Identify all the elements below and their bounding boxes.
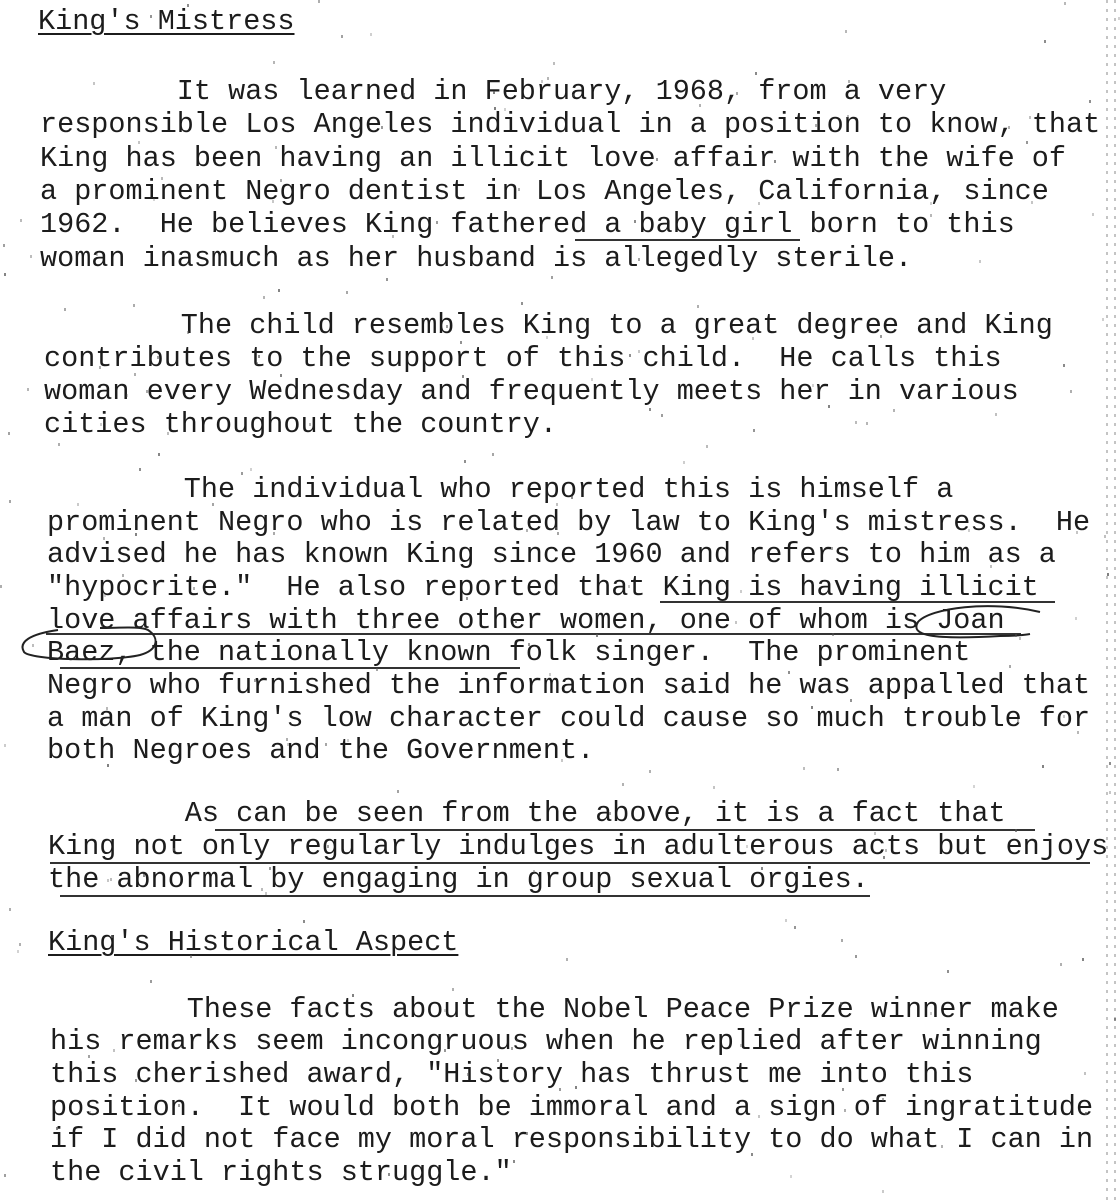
scan-noise-speck bbox=[135, 1079, 137, 1082]
scan-noise-speck bbox=[758, 202, 760, 205]
scan-noise-speck bbox=[755, 72, 757, 75]
scan-noise-speck bbox=[638, 350, 640, 353]
scan-noise-speck bbox=[893, 409, 895, 412]
scan-noise-speck bbox=[20, 219, 22, 222]
scan-noise-speck bbox=[280, 179, 282, 182]
scan-noise-speck bbox=[1102, 318, 1104, 321]
scan-noise-speck bbox=[263, 806, 265, 809]
scan-noise-speck bbox=[77, 503, 79, 506]
scan-noise-speck bbox=[848, 80, 850, 83]
scan-noise-speck bbox=[575, 1086, 577, 1089]
scan-noise-speck bbox=[167, 432, 169, 435]
scan-noise-speck bbox=[212, 503, 214, 506]
scan-noise-speck bbox=[811, 706, 813, 709]
scan-noise-speck bbox=[173, 848, 175, 851]
scan-noise-speck bbox=[352, 994, 354, 997]
scan-noise-speck bbox=[157, 356, 159, 359]
scan-noise-speck bbox=[263, 296, 265, 299]
section-heading-kings-historical-aspect: King's Historical Aspect bbox=[48, 927, 458, 960]
scan-noise-speck bbox=[706, 445, 708, 448]
scan-noise-speck bbox=[464, 460, 466, 463]
text-line: the abnormal by engaging in group sexual… bbox=[48, 864, 869, 897]
scan-noise-speck bbox=[844, 1109, 846, 1112]
scan-noise-speck bbox=[96, 253, 98, 256]
scan-noise-speck bbox=[880, 335, 882, 338]
scan-noise-speck bbox=[882, 1190, 884, 1193]
scan-noise-speck bbox=[0, 585, 2, 588]
scan-noise-speck bbox=[930, 202, 932, 205]
scan-noise-speck bbox=[153, 198, 155, 201]
scan-noise-speck bbox=[1085, 1112, 1087, 1115]
scan-noise-speck bbox=[492, 453, 494, 456]
scan-noise-speck bbox=[106, 707, 108, 710]
scan-noise-speck bbox=[990, 565, 992, 568]
scan-noise-speck bbox=[436, 221, 438, 224]
scan-noise-speck bbox=[1017, 719, 1019, 722]
scan-noise-speck bbox=[286, 738, 288, 741]
scan-noise-speck bbox=[303, 920, 305, 923]
scan-noise-speck bbox=[753, 429, 755, 432]
section-heading-kings-mistress: King's Mistress bbox=[38, 6, 295, 39]
scan-noise-speck bbox=[399, 485, 401, 488]
scan-noise-speck bbox=[561, 759, 563, 762]
scan-noise-speck bbox=[979, 260, 981, 263]
scan-noise-speck bbox=[1064, 2, 1066, 5]
scanned-document-page: King's Mistress It was learned in Februa… bbox=[0, 0, 1120, 1200]
scan-noise-speck bbox=[101, 624, 103, 627]
text-line: King has been having an illicit love aff… bbox=[40, 143, 1066, 176]
scan-noise-speck bbox=[254, 679, 256, 682]
scan-noise-speck bbox=[111, 935, 113, 938]
scan-noise-speck bbox=[88, 1055, 90, 1058]
scan-noise-speck bbox=[110, 878, 112, 881]
scan-noise-speck bbox=[845, 30, 847, 33]
scan-noise-speck bbox=[8, 432, 10, 435]
scan-noise-speck bbox=[376, 668, 378, 671]
scan-noise-speck bbox=[150, 980, 152, 983]
text-line: The child resembles King to a great degr… bbox=[44, 310, 1053, 343]
scan-noise-speck bbox=[774, 160, 776, 163]
scan-noise-speck bbox=[452, 988, 454, 991]
scan-noise-speck bbox=[995, 413, 997, 416]
scan-noise-speck bbox=[3, 244, 5, 247]
scan-noise-speck bbox=[885, 849, 887, 852]
scan-noise-speck bbox=[281, 482, 283, 485]
scan-noise-speck bbox=[527, 351, 529, 354]
scan-noise-speck bbox=[866, 422, 868, 425]
scan-noise-speck bbox=[840, 1002, 842, 1005]
scan-noise-speck bbox=[1015, 634, 1017, 637]
text-line: King not only regularly indulges in adul… bbox=[48, 831, 1108, 864]
scan-noise-speck bbox=[341, 35, 343, 38]
scan-noise-speck bbox=[261, 888, 263, 891]
scan-noise-speck bbox=[515, 620, 517, 623]
scan-noise-speck bbox=[56, 1127, 58, 1130]
scan-noise-speck bbox=[143, 874, 145, 877]
scan-noise-speck bbox=[178, 1104, 180, 1107]
scan-noise-speck bbox=[146, 390, 148, 393]
text-line: woman every Wednesday and frequently mee… bbox=[44, 376, 1019, 409]
scan-noise-speck bbox=[803, 767, 805, 770]
scan-noise-speck bbox=[392, 235, 394, 238]
scan-noise-speck bbox=[769, 714, 771, 717]
scan-noise-speck bbox=[1075, 617, 1077, 620]
scan-noise-speck bbox=[126, 394, 128, 397]
scan-noise-speck bbox=[559, 1088, 561, 1091]
scan-noise-speck bbox=[526, 1132, 528, 1135]
scan-noise-speck bbox=[557, 532, 559, 535]
scan-noise-speck bbox=[551, 276, 553, 279]
scan-noise-speck bbox=[631, 847, 633, 850]
scan-noise-speck bbox=[973, 785, 975, 788]
scan-noise-speck bbox=[883, 856, 885, 859]
scan-noise-speck bbox=[1009, 665, 1011, 668]
scan-noise-speck bbox=[4, 744, 6, 747]
scan-noise-speck bbox=[190, 955, 192, 958]
scan-noise-speck bbox=[388, 1173, 390, 1176]
scan-noise-speck bbox=[740, 1044, 742, 1047]
scan-noise-speck bbox=[947, 970, 949, 973]
scan-noise-speck bbox=[133, 304, 135, 307]
scan-noise-speck bbox=[327, 845, 329, 848]
scan-noise-speck bbox=[1107, 573, 1109, 576]
scan-noise-speck bbox=[1029, 116, 1031, 119]
scan-noise-speck bbox=[444, 1009, 446, 1012]
scan-noise-speck bbox=[1084, 1072, 1086, 1075]
scan-noise-speck bbox=[649, 770, 651, 773]
scan-noise-speck bbox=[462, 375, 464, 378]
scan-noise-speck bbox=[135, 533, 137, 536]
scan-noise-speck bbox=[95, 196, 97, 199]
text-line: advised he has known King since 1960 and… bbox=[47, 539, 1056, 572]
scan-noise-speck bbox=[256, 362, 258, 365]
scan-noise-speck bbox=[460, 341, 462, 344]
scan-noise-speck bbox=[265, 892, 267, 895]
scan-noise-speck bbox=[250, 468, 252, 471]
scan-noise-speck bbox=[794, 926, 796, 929]
scan-noise-speck bbox=[930, 214, 932, 217]
scan-noise-speck bbox=[859, 592, 861, 595]
scan-noise-speck bbox=[92, 25, 94, 28]
handwritten-underline bbox=[215, 829, 1035, 831]
scan-noise-speck bbox=[758, 1115, 760, 1118]
scan-noise-speck bbox=[493, 91, 495, 94]
scan-noise-speck bbox=[855, 955, 857, 958]
scan-noise-speck bbox=[103, 537, 105, 540]
scan-noise-speck bbox=[1063, 364, 1065, 367]
scan-noise-speck bbox=[19, 943, 21, 946]
scan-noise-speck bbox=[198, 85, 200, 88]
scan-noise-speck bbox=[736, 92, 738, 95]
scan-noise-speck bbox=[196, 809, 198, 812]
scan-noise-speck bbox=[850, 699, 852, 702]
scan-noise-speck bbox=[27, 388, 29, 391]
scan-noise-speck bbox=[566, 958, 568, 961]
scan-noise-speck bbox=[158, 453, 160, 456]
scan-noise-speck bbox=[591, 378, 593, 381]
text-line: his remarks seem incongruous when he rep… bbox=[50, 1026, 1042, 1059]
scan-noise-speck bbox=[161, 177, 163, 180]
scan-noise-speck bbox=[555, 527, 557, 530]
scan-noise-speck bbox=[740, 590, 742, 593]
scan-noise-speck bbox=[518, 188, 520, 191]
scan-noise-speck bbox=[32, 644, 34, 647]
scan-noise-speck bbox=[746, 845, 748, 848]
scan-noise-speck bbox=[269, 867, 271, 870]
scan-noise-speck bbox=[403, 93, 405, 96]
scan-noise-speck bbox=[752, 337, 754, 340]
scan-noise-speck bbox=[444, 1049, 446, 1052]
text-line: As can be seen from the above, it is a f… bbox=[48, 798, 1006, 831]
scan-noise-speck bbox=[113, 1049, 115, 1052]
scan-noise-speck bbox=[761, 867, 763, 870]
text-line: cities throughout the country. bbox=[44, 409, 557, 442]
scan-noise-speck bbox=[1026, 141, 1028, 144]
scan-noise-speck bbox=[1109, 791, 1111, 794]
scan-noise-speck bbox=[882, 1098, 884, 1101]
handwritten-circle-icon bbox=[0, 600, 1120, 680]
scan-noise-speck bbox=[1114, 1018, 1116, 1021]
scan-noise-speck bbox=[381, 126, 383, 129]
scan-noise-speck bbox=[785, 919, 787, 922]
scan-noise-speck bbox=[1076, 531, 1078, 534]
scan-noise-speck bbox=[309, 423, 311, 426]
scan-noise-speck bbox=[325, 743, 327, 746]
scan-noise-speck bbox=[842, 1088, 844, 1091]
scan-noise-speck bbox=[1077, 731, 1079, 734]
scan-noise-speck bbox=[628, 585, 630, 588]
scan-noise-speck bbox=[688, 648, 690, 651]
text-line: The individual who reported this is hims… bbox=[47, 474, 953, 507]
scan-noise-speck bbox=[675, 482, 677, 485]
scan-noise-speck bbox=[100, 423, 102, 426]
text-line: woman inasmuch as her husband is alleged… bbox=[40, 243, 912, 276]
scan-noise-speck bbox=[278, 289, 280, 292]
scan-noise-speck bbox=[874, 832, 876, 835]
scan-noise-speck bbox=[968, 529, 970, 532]
scan-noise-speck bbox=[731, 163, 733, 166]
scan-noise-speck bbox=[99, 366, 101, 369]
handwritten-underline bbox=[50, 862, 1090, 864]
scan-noise-speck bbox=[613, 396, 615, 399]
text-line: a prominent Negro dentist in Los Angeles… bbox=[40, 176, 1049, 209]
scan-noise-speck bbox=[1060, 963, 1062, 966]
scan-noise-speck bbox=[134, 373, 136, 376]
scan-noise-speck bbox=[1031, 201, 1033, 204]
scan-noise-speck bbox=[93, 82, 95, 85]
scan-noise-speck bbox=[9, 908, 11, 911]
scan-noise-speck bbox=[735, 621, 737, 624]
scan-noise-speck bbox=[837, 768, 839, 771]
scan-noise-speck bbox=[553, 62, 555, 65]
scan-noise-speck bbox=[526, 529, 528, 532]
scan-noise-speck bbox=[275, 146, 277, 149]
scan-noise-speck bbox=[832, 633, 834, 636]
text-line: position. It would both be immoral and a… bbox=[50, 1092, 1093, 1125]
scan-noise-speck bbox=[89, 1111, 91, 1114]
scan-noise-speck bbox=[346, 291, 348, 294]
text-line: These facts about the Nobel Peace Prize … bbox=[50, 994, 1059, 1027]
scan-noise-speck bbox=[280, 374, 282, 377]
scan-noise-speck bbox=[826, 320, 828, 323]
scan-noise-speck bbox=[541, 80, 543, 83]
scan-noise-speck bbox=[138, 141, 140, 144]
scan-noise-speck bbox=[511, 1047, 513, 1050]
scan-noise-speck bbox=[661, 414, 663, 417]
scan-noise-speck bbox=[656, 158, 658, 161]
scan-noise-speck bbox=[629, 354, 631, 357]
scan-noise-speck bbox=[549, 673, 551, 676]
scan-noise-speck bbox=[17, 950, 19, 953]
scan-noise-speck bbox=[462, 817, 464, 820]
scan-noise-speck bbox=[494, 107, 496, 110]
scan-noise-speck bbox=[572, 94, 574, 97]
scan-noise-speck bbox=[788, 671, 790, 674]
text-line: both Negroes and the Government. bbox=[47, 735, 594, 768]
scan-noise-speck bbox=[150, 15, 152, 18]
scan-noise-speck bbox=[815, 124, 817, 127]
scan-noise-speck bbox=[533, 870, 535, 873]
scan-noise-speck bbox=[58, 443, 60, 446]
scan-noise-speck bbox=[521, 302, 523, 305]
scan-noise-speck bbox=[30, 255, 32, 258]
scan-noise-speck bbox=[1082, 958, 1084, 961]
scan-noise-speck bbox=[386, 278, 388, 281]
scan-noise-speck bbox=[713, 786, 715, 789]
scan-noise-speck bbox=[993, 1138, 995, 1141]
scan-noise-speck bbox=[896, 161, 898, 164]
text-line: contributes to the support of this child… bbox=[44, 343, 1002, 376]
text-line: a man of King's low character could caus… bbox=[47, 703, 1090, 736]
scan-noise-speck bbox=[497, 1059, 499, 1062]
scan-noise-speck bbox=[546, 336, 548, 339]
scan-noise-speck bbox=[639, 1096, 641, 1099]
scan-noise-speck bbox=[122, 574, 124, 577]
scan-noise-speck bbox=[525, 150, 527, 153]
scan-noise-speck bbox=[193, 587, 195, 590]
text-line: 1962. He believes King fathered a baby g… bbox=[40, 209, 1015, 242]
text-line: the civil rights struggle." bbox=[50, 1157, 512, 1190]
text-line: responsible Los Angeles individual in a … bbox=[40, 109, 1100, 142]
scan-noise-speck bbox=[828, 405, 830, 408]
scan-noise-speck bbox=[1044, 40, 1046, 43]
scan-noise-speck bbox=[528, 643, 530, 646]
scan-noise-speck bbox=[1092, 213, 1094, 216]
scan-noise-speck bbox=[634, 220, 636, 223]
scan-noise-speck bbox=[1104, 535, 1106, 538]
scan-noise-speck bbox=[930, 1012, 932, 1015]
scan-noise-speck bbox=[547, 77, 549, 80]
scan-noise-speck bbox=[9, 500, 11, 503]
scan-noise-speck bbox=[1063, 715, 1065, 718]
text-line: this cherished award, "History has thrus… bbox=[50, 1059, 973, 1092]
scan-noise-speck bbox=[370, 33, 372, 36]
scan-noise-speck bbox=[622, 783, 624, 786]
text-line: if I did not face my moral responsibilit… bbox=[50, 1124, 1093, 1157]
scan-noise-speck bbox=[187, 331, 189, 334]
scan-noise-speck bbox=[516, 1039, 518, 1042]
scan-noise-speck bbox=[1089, 100, 1091, 103]
scan-noise-speck bbox=[697, 305, 699, 308]
scan-noise-speck bbox=[187, 4, 189, 7]
scan-noise-speck bbox=[596, 634, 598, 637]
handwritten-underline bbox=[60, 895, 870, 897]
scan-noise-speck bbox=[751, 1153, 753, 1156]
scan-noise-speck bbox=[318, 0, 320, 3]
scan-noise-speck bbox=[1008, 126, 1010, 129]
scan-noise-speck bbox=[107, 764, 109, 767]
scan-noise-speck bbox=[1042, 765, 1044, 768]
scan-noise-speck bbox=[1109, 762, 1111, 765]
scan-noise-speck bbox=[139, 468, 141, 471]
scan-noise-speck bbox=[852, 251, 854, 254]
scan-noise-speck bbox=[855, 421, 857, 424]
scan-noise-speck bbox=[273, 61, 275, 64]
scan-noise-speck bbox=[683, 461, 685, 464]
text-line: prominent Negro who is related by law to… bbox=[47, 507, 1090, 540]
scan-noise-speck bbox=[347, 739, 349, 742]
scan-noise-speck bbox=[446, 325, 448, 328]
scan-noise-speck bbox=[1070, 390, 1072, 393]
scan-noise-speck bbox=[1015, 829, 1017, 832]
scan-noise-speck bbox=[505, 527, 507, 530]
scan-noise-speck bbox=[258, 355, 260, 358]
scan-noise-speck bbox=[4, 273, 6, 276]
scan-noise-speck bbox=[841, 939, 843, 942]
scan-noise-speck bbox=[504, 108, 506, 111]
scan-noise-speck bbox=[649, 408, 651, 411]
scan-noise-speck bbox=[941, 1145, 943, 1148]
scan-noise-speck bbox=[571, 496, 573, 499]
scan-noise-speck bbox=[609, 812, 611, 815]
scan-noise-speck bbox=[397, 790, 399, 793]
scan-noise-speck bbox=[467, 1073, 469, 1076]
scan-noise-speck bbox=[241, 472, 243, 475]
scan-noise-speck bbox=[847, 115, 849, 118]
scan-noise-speck bbox=[273, 532, 275, 535]
handwritten-underline bbox=[575, 239, 800, 241]
scan-noise-speck bbox=[812, 384, 814, 387]
scan-noise-speck bbox=[831, 547, 833, 550]
scan-noise-speck bbox=[556, 503, 558, 506]
scan-noise-speck bbox=[1019, 637, 1021, 640]
scan-noise-speck bbox=[287, 743, 289, 746]
scan-noise-speck bbox=[107, 879, 109, 882]
scan-noise-speck bbox=[699, 104, 701, 107]
scan-noise-speck bbox=[104, 594, 106, 597]
scan-noise-speck bbox=[466, 597, 468, 600]
scan-noise-speck bbox=[4, 1174, 6, 1177]
scan-noise-speck bbox=[272, 200, 274, 203]
scan-noise-speck bbox=[64, 308, 66, 311]
scan-noise-speck bbox=[638, 258, 640, 261]
scan-noise-speck bbox=[1004, 317, 1006, 320]
scan-noise-speck bbox=[763, 849, 765, 852]
scan-noise-speck bbox=[513, 1160, 515, 1163]
scan-noise-speck bbox=[392, 626, 394, 629]
scan-noise-speck bbox=[790, 1175, 792, 1178]
